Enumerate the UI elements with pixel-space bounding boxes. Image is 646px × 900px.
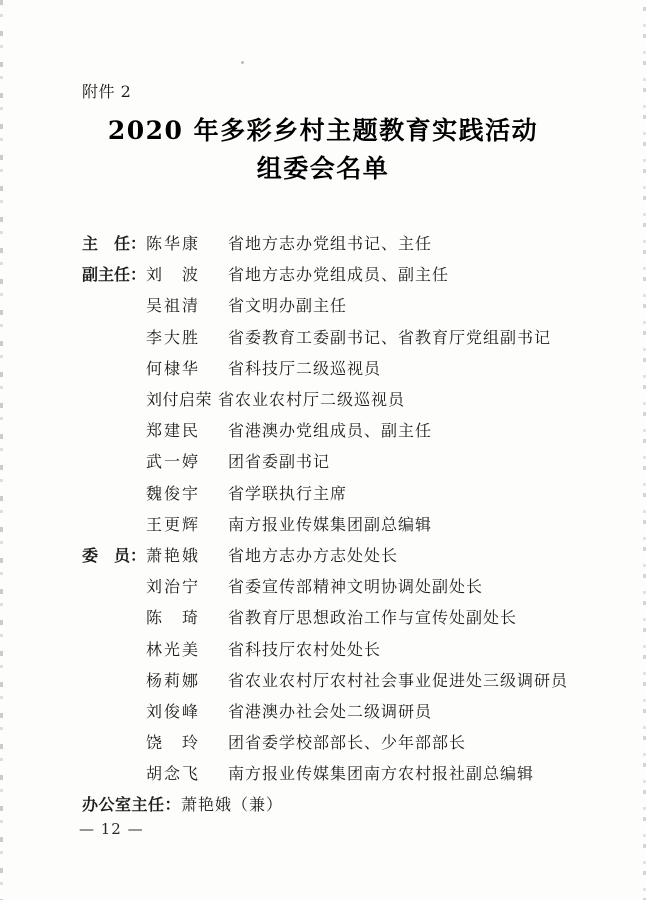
- roster-row: 杨莉娜 省农业农村厅农村社会事业促进处三级调研员: [82, 664, 616, 695]
- member-name: 刘治宁: [146, 574, 228, 597]
- document-page: 附件 2 2020 年多彩乡村主题教育实践活动 组委会名单 主 任： 陈华康 省…: [0, 0, 646, 900]
- roster-row: 吴祖清 省文明办副主任: [82, 289, 616, 320]
- roster-row: 何棣华 省科技厅二级巡视员: [82, 352, 616, 383]
- role-label: 主 任：: [82, 231, 146, 254]
- member-name: 王更辉: [146, 512, 228, 535]
- office-director-value: 萧艳娥（兼）: [181, 792, 283, 815]
- roster-row: 魏俊宇 省学联执行主席: [82, 477, 616, 508]
- member-position: 南方报业传媒集团副总编辑: [228, 512, 432, 535]
- member-position: 省港澳办社会处二级调研员: [228, 699, 432, 722]
- member-name: 李大胜: [146, 325, 228, 348]
- member-name: 何棣华: [146, 356, 228, 379]
- member-position: 南方报业传媒集团南方农村报社副总编辑: [228, 761, 534, 784]
- member-position: 省教育厅思想政治工作与宣传处副处长: [228, 605, 517, 628]
- roster-row: 副主任： 刘 波 省地方志办党组成员、副主任: [82, 258, 616, 289]
- member-name: 郑建民: [146, 418, 228, 441]
- member-position: 省科技厅二级巡视员: [228, 356, 381, 379]
- roster-row: 武一婷 团省委副书记: [82, 445, 616, 476]
- roster-row: 李大胜 省委教育工委副书记、省教育厅党组副书记: [82, 321, 616, 352]
- member-position: 省文明办副主任: [228, 293, 347, 316]
- member-name: 陈华康: [146, 231, 228, 254]
- member-name: 饶 玲: [146, 730, 228, 753]
- roster-row: 王更辉 南方报业传媒集团副总编辑: [82, 508, 616, 539]
- attachment-label: 附件 2: [82, 79, 131, 102]
- member-position: 团省委学校部部长、少年部部长: [228, 730, 466, 753]
- roster-row: 胡念飞 南方报业传媒集团南方农村报社副总编辑: [82, 757, 616, 788]
- roster-row: 主 任： 陈华康 省地方志办党组书记、主任: [82, 227, 616, 258]
- roster-row: 林光美 省科技厅农村处处长: [82, 632, 616, 663]
- member-name: 萧艳娥: [146, 543, 228, 566]
- roster-row: 饶 玲 团省委学校部部长、少年部部长: [82, 726, 616, 757]
- member-name: 陈 琦: [146, 605, 228, 628]
- member-name: 刘 波: [146, 262, 228, 285]
- member-position: 省港澳办党组成员、副主任: [228, 418, 432, 441]
- role-label: 委 员：: [82, 543, 146, 566]
- office-director-label: 办公室主任：: [82, 792, 181, 815]
- member-name: 魏俊宇: [146, 481, 228, 504]
- member-name: 林光美: [146, 637, 228, 660]
- role-label: 副主任：: [82, 262, 146, 285]
- roster-row: 委 员： 萧艳娥 省地方志办方志处处长: [82, 539, 616, 570]
- office-director-row: 办公室主任： 萧艳娥（兼）: [82, 788, 616, 819]
- member-position: 省委教育工委副书记、省教育厅党组副书记: [228, 325, 551, 348]
- member-position: 省地方志办方志处处长: [228, 543, 398, 566]
- roster-row: 陈 琦 省教育厅思想政治工作与宣传处副处长: [82, 601, 616, 632]
- member-name: 胡念飞: [146, 761, 228, 784]
- member-position: 省农业农村厅二级巡视员: [218, 387, 405, 410]
- document-title-line2: 组委会名单: [0, 150, 646, 188]
- scan-speck-artifact: [241, 61, 244, 64]
- member-position: 省学联执行主席: [228, 481, 347, 504]
- roster-list: 主 任： 陈华康 省地方志办党组书记、主任 副主任： 刘 波 省地方志办党组成员…: [82, 227, 616, 820]
- member-position: 省地方志办党组书记、主任: [228, 231, 432, 254]
- member-position: 省委宣传部精神文明协调处副处长: [228, 574, 483, 597]
- member-position: 省科技厅农村处处长: [228, 637, 381, 660]
- page-number: — 12 —: [79, 820, 144, 838]
- member-name: 刘俊峰: [146, 699, 228, 722]
- member-name: 武一婷: [146, 449, 228, 472]
- roster-row: 刘治宁 省委宣传部精神文明协调处副处长: [82, 570, 616, 601]
- roster-row: 刘俊峰 省港澳办社会处二级调研员: [82, 695, 616, 726]
- member-name: 杨莉娜: [146, 668, 228, 691]
- member-position: 省农业农村厅农村社会事业促进处三级调研员: [228, 668, 568, 691]
- member-position: 省地方志办党组成员、副主任: [228, 262, 449, 285]
- member-name: 吴祖清: [146, 293, 228, 316]
- document-title-line1: 2020 年多彩乡村主题教育实践活动: [0, 112, 646, 150]
- member-position: 团省委副书记: [228, 449, 330, 472]
- document-title: 2020 年多彩乡村主题教育实践活动 组委会名单: [0, 112, 646, 188]
- roster-row: 刘付启荣 省农业农村厅二级巡视员: [82, 383, 616, 414]
- member-name: 刘付启荣: [146, 387, 212, 410]
- roster-row: 郑建民 省港澳办党组成员、副主任: [82, 414, 616, 445]
